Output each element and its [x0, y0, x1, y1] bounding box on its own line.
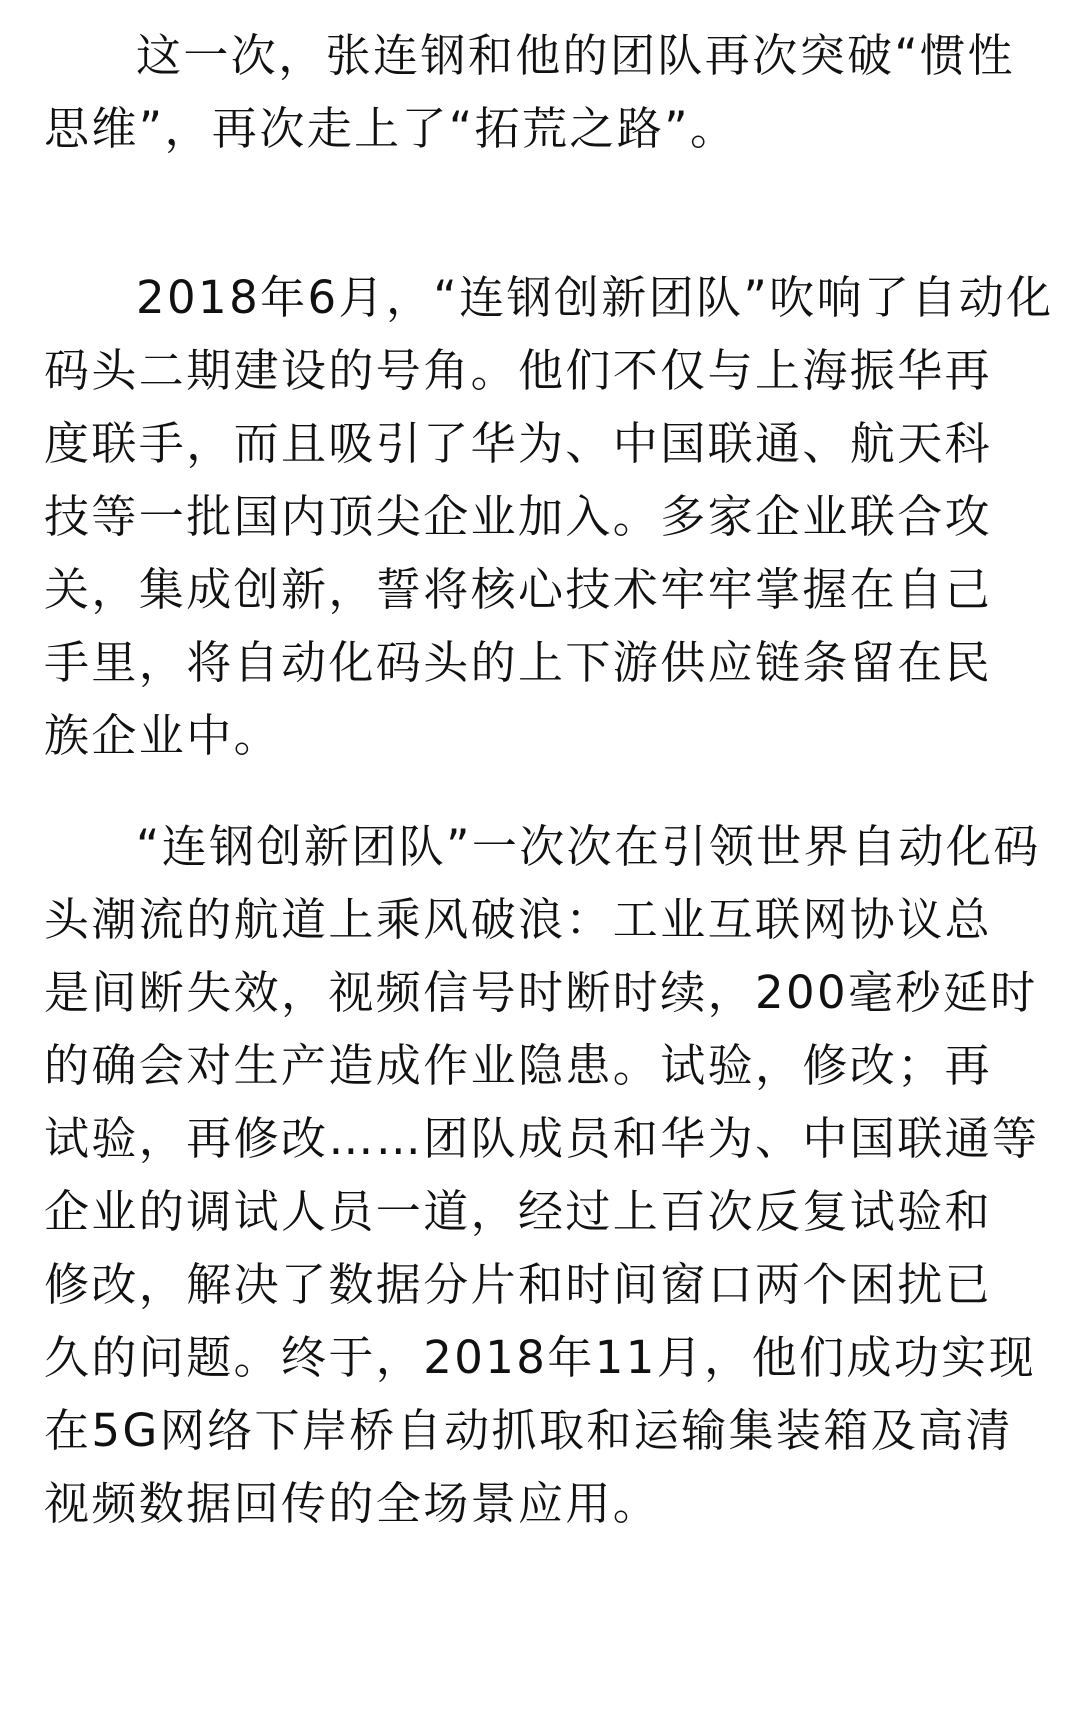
- text-line: 在5G网络下岸桥自动抓取和运输集装箱及高清: [44, 1394, 1041, 1467]
- text-line: 这一次，张连钢和他的团队再次突破“惯性: [44, 19, 1015, 92]
- text-line: 思维”，再次走上了“拓荒之路”。: [44, 92, 1015, 165]
- text-line: 手里，将自动化码头的上下游供应链条留在民: [44, 626, 1054, 699]
- paragraph-3: “连钢创新团队”一次次在引领世界自动化码 头潮流的航道上乘风破浪：工业互联网协议…: [44, 810, 1041, 1540]
- text-line: 技等一批国内顶尖企业加入。多家企业联合攻: [44, 480, 1054, 553]
- text-line: 关，集成创新，誓将核心技术牢牢掌握在自己: [44, 553, 1054, 626]
- paragraph-2: 2018年6月，“连钢创新团队”吹响了自动化 码头二期建设的号角。他们不仅与上海…: [44, 261, 1054, 772]
- text-line: 试验，再修改……团队成员和华为、中国联通等: [44, 1102, 1041, 1175]
- paragraph-1: 这一次，张连钢和他的团队再次突破“惯性 思维”，再次走上了“拓荒之路”。: [44, 19, 1015, 165]
- text-line: 族企业中。: [44, 699, 1054, 772]
- text-line: 的确会对生产造成作业隐患。试验，修改；再: [44, 1029, 1041, 1102]
- text-line: 度联手，而且吸引了华为、中国联通、航天科: [44, 407, 1054, 480]
- text-line: 修改，解决了数据分片和时间窗口两个困扰已: [44, 1248, 1041, 1321]
- text-line: 企业的调试人员一道，经过上百次反复试验和: [44, 1175, 1041, 1248]
- text-line: 头潮流的航道上乘风破浪：工业互联网协议总: [44, 883, 1041, 956]
- text-line: 2018年6月，“连钢创新团队”吹响了自动化: [44, 261, 1054, 334]
- text-line: “连钢创新团队”一次次在引领世界自动化码: [44, 810, 1041, 883]
- text-line: 视频数据回传的全场景应用。: [44, 1467, 1041, 1540]
- text-line: 是间断失效，视频信号时断时续，200毫秒延时: [44, 956, 1041, 1029]
- text-line: 久的问题。终于，2018年11月，他们成功实现: [44, 1321, 1041, 1394]
- text-line: 码头二期建设的号角。他们不仅与上海振华再: [44, 334, 1054, 407]
